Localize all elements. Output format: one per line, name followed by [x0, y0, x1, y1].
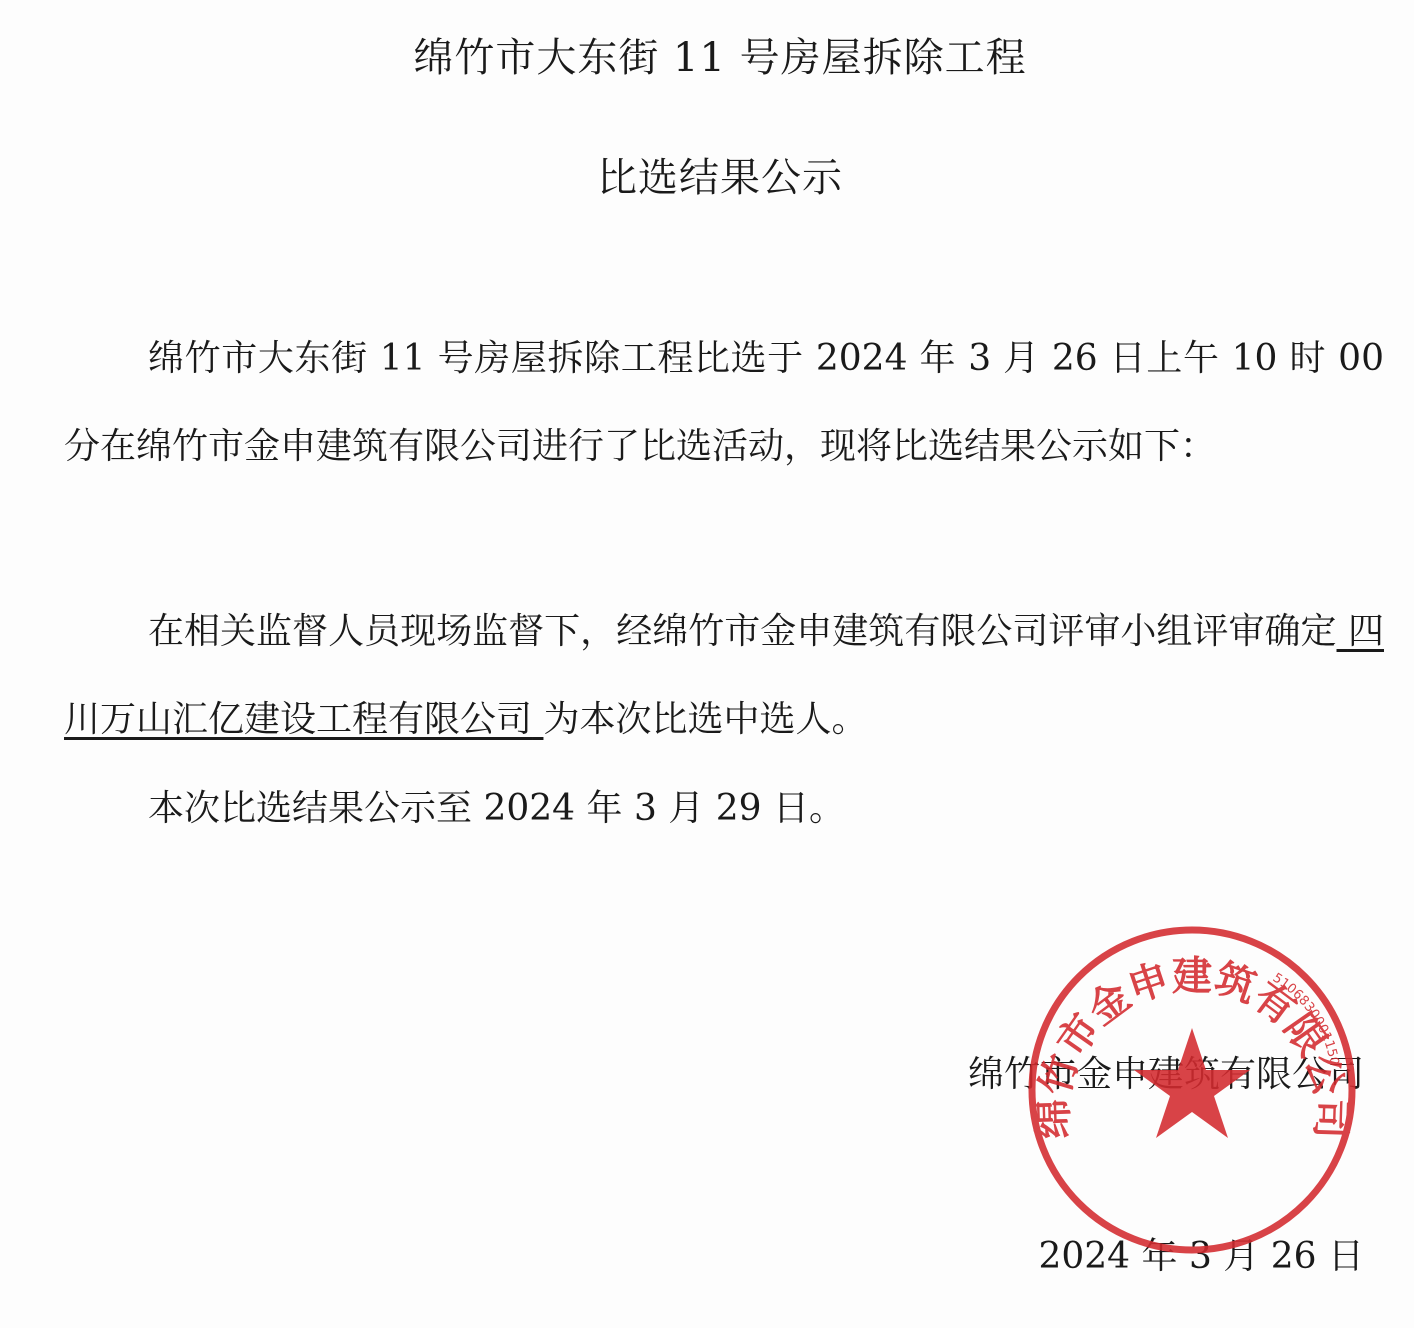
company-seal-stamp: 绵竹市金申建筑有限公司 5106830001150 [1022, 920, 1362, 1260]
result-suffix: 为本次比选中选人。 [543, 699, 867, 740]
document-subtitle: 比选结果公示 [0, 146, 1414, 203]
paragraph-deadline: 本次比选结果公示至 2024 年 3 月 29 日。 [64, 765, 1384, 853]
document-title: 绵竹市大东街 11 号房屋拆除工程 [0, 26, 1414, 83]
paragraph-result: 在相关监督人员现场监督下，经绵竹市金申建筑有限公司评审小组评审确定 四川万山汇亿… [64, 588, 1384, 764]
paragraph-intro: 绵竹市大东街 11 号房屋拆除工程比选于 2024 年 3 月 26 日上午 1… [64, 315, 1384, 491]
result-prefix: 在相关监督人员现场监督下，经绵竹市金申建筑有限公司评审小组评审确定 [148, 611, 1337, 652]
star-icon [1134, 1028, 1250, 1138]
